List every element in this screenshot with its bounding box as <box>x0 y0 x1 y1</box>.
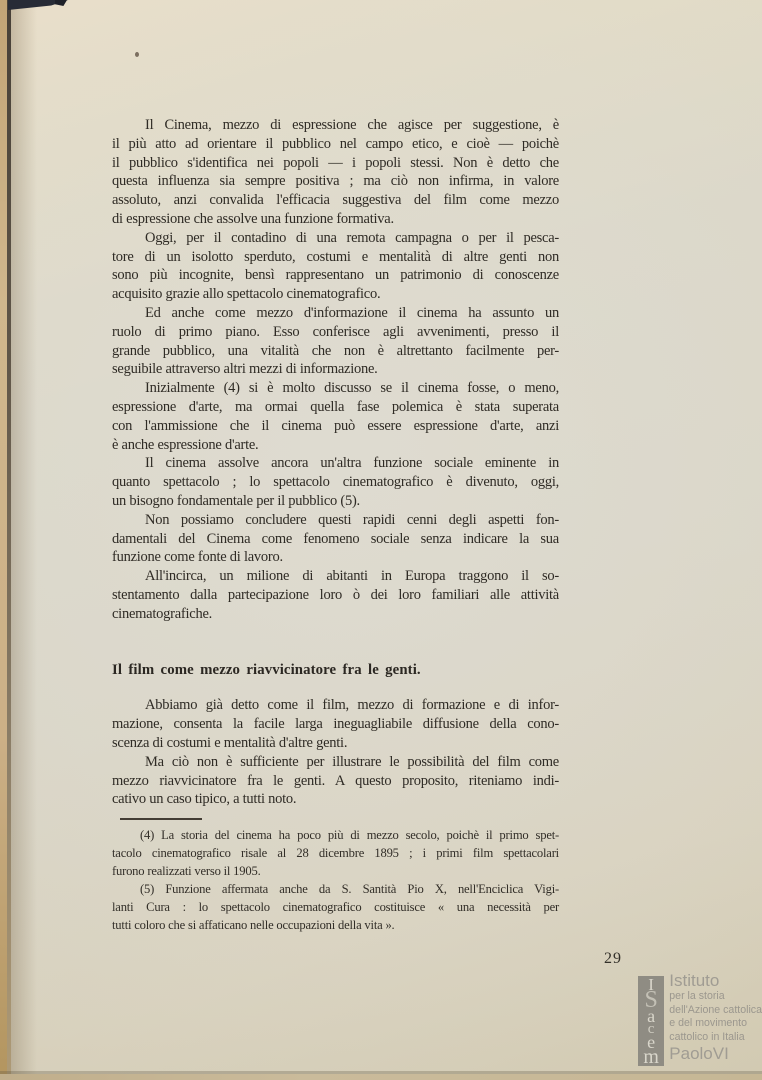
text-line: tutti coloro che si affaticano nelle occ… <box>112 917 559 935</box>
text-line: tacolo cinematografico risale al 28 dice… <box>112 845 559 863</box>
body-paragraphs: Il Cinema, mezzo di espressione che agis… <box>112 116 559 624</box>
paragraph: Inizialmente (4) si è molto discusso se … <box>112 379 559 454</box>
scanned-book-page: Il Cinema, mezzo di espressione che agis… <box>0 0 762 1080</box>
paragraph: All'incirca, un milione di abitanti in E… <box>112 567 559 623</box>
text-line: cinematografiche. <box>112 605 559 624</box>
text-line: ruolo di primo piano. Esso conferisce ag… <box>112 323 559 342</box>
text-line: il pubblico s'identifica nei popoli — i … <box>112 154 559 173</box>
text-line: è anche espressione d'arte. <box>112 436 559 455</box>
paragraph: Il cinema assolve ancora un'altra funzio… <box>112 454 559 510</box>
paragraph: Ma ciò non è sufficiente per illustrare … <box>112 753 559 809</box>
text-line: un bisogno fondamentale per il pubblico … <box>112 492 559 511</box>
text-line: furono realizzati verso il 1905. <box>112 863 559 881</box>
text-line: quanto spettacolo ; lo spettacolo cinema… <box>112 473 559 492</box>
footnote-divider <box>120 818 202 820</box>
text-line: scenza di costumi e mentalità d'altre ge… <box>112 734 559 753</box>
page-body: Il Cinema, mezzo di espressione che agis… <box>112 116 559 934</box>
paragraph: Ed anche come mezzo d'informazione il ci… <box>112 304 559 379</box>
text-line: (5) Funzione affermata anche da S. Santi… <box>112 881 559 899</box>
text-line: questa influenza sia sempre positiva ; m… <box>112 172 559 191</box>
text-line: Ed anche come mezzo d'informazione il ci… <box>112 304 559 323</box>
watermark-letter: m <box>643 1049 659 1065</box>
text-line: tore di un isolotto sperduto, costumi e … <box>112 248 559 267</box>
text-line: con l'ammissione che il cinema può esser… <box>112 417 559 436</box>
text-line: Non possiamo concludere questi rapidi ce… <box>112 511 559 530</box>
watermark-line: dell'Azione cattolica <box>669 1004 762 1018</box>
text-line: (4) La storia del cinema ha poco più di … <box>112 827 559 845</box>
text-line: il più atto ad orientare il pubblico nel… <box>112 135 559 154</box>
text-line: acquisito grazie allo spettacolo cinemat… <box>112 285 559 304</box>
text-line: cativo un caso tipico, a tutti noto. <box>112 790 559 809</box>
watermark-line: PaoloVI <box>669 1044 762 1063</box>
book-cover-corner-small <box>55 0 67 6</box>
text-line: damentali del Cinema come fenomeno socia… <box>112 530 559 549</box>
section-heading: Il film come mezzo riavvicinatore fra le… <box>112 661 559 680</box>
text-line: funzione come fonte di lavoro. <box>112 548 559 567</box>
text-line: Il Cinema, mezzo di espressione che agis… <box>112 116 559 135</box>
text-line: espressione d'arte, ma ormai quella fase… <box>112 398 559 417</box>
text-line: Inizialmente (4) si è molto discusso se … <box>112 379 559 398</box>
text-line: Ma ciò non è sufficiente per illustrare … <box>112 753 559 772</box>
isacem-text-column: Istituto per la storia dell'Azione catto… <box>669 972 762 1076</box>
text-line: assoluto, anzi convalida l'efficacia sug… <box>112 191 559 210</box>
page-left-edge <box>0 0 7 1080</box>
isacem-watermark-logo: I S a c e m Istituto per la storia dell'… <box>638 972 762 1076</box>
paragraph: Non possiamo concludere questi rapidi ce… <box>112 511 559 567</box>
paragraph: (4) La storia del cinema ha poco più di … <box>112 827 559 881</box>
paragraph: Oggi, per il contadino di una remota cam… <box>112 229 559 304</box>
paragraph: Abbiamo già detto come il film, mezzo di… <box>112 696 559 752</box>
gutter-shadow <box>11 0 37 1080</box>
watermark-line: Istituto <box>669 972 762 990</box>
text-line: Abbiamo già detto come il film, mezzo di… <box>112 696 559 715</box>
isacem-letters-column: I S a c e m <box>638 976 664 1066</box>
body-paragraphs-after-heading: Abbiamo già detto come il film, mezzo di… <box>112 696 559 809</box>
text-line: di espressione che assolve una funzione … <box>112 210 559 229</box>
text-line: sono più incognite, bensì rappresentano … <box>112 266 559 285</box>
text-line: grande pubblico, una vitalità che non è … <box>112 342 559 361</box>
watermark-line: cattolico in Italia <box>669 1031 762 1045</box>
watermark-line: per la storia <box>669 990 762 1004</box>
text-line: seguibile attraverso altri mezzi di info… <box>112 360 559 379</box>
text-line: mazione, consenta la facile larga inegua… <box>112 715 559 734</box>
text-line: All'incirca, un milione di abitanti in E… <box>112 567 559 586</box>
paper-speck <box>135 52 139 57</box>
text-line: Il cinema assolve ancora un'altra funzio… <box>112 454 559 473</box>
footnotes: (4) La storia del cinema ha poco più di … <box>112 827 559 934</box>
page-number: 29 <box>604 950 622 968</box>
text-line: Oggi, per il contadino di una remota cam… <box>112 229 559 248</box>
text-line: lanti Cura : lo spettacolo cinematografi… <box>112 899 559 917</box>
text-line: mezzo riavvicinatore fra le genti. A que… <box>112 772 559 791</box>
watermark-line: e del movimento <box>669 1017 762 1031</box>
text-line: stentamento dalla partecipazione loro ò … <box>112 586 559 605</box>
paragraph: (5) Funzione affermata anche da S. Santi… <box>112 881 559 935</box>
paragraph: Il Cinema, mezzo di espressione che agis… <box>112 116 559 229</box>
